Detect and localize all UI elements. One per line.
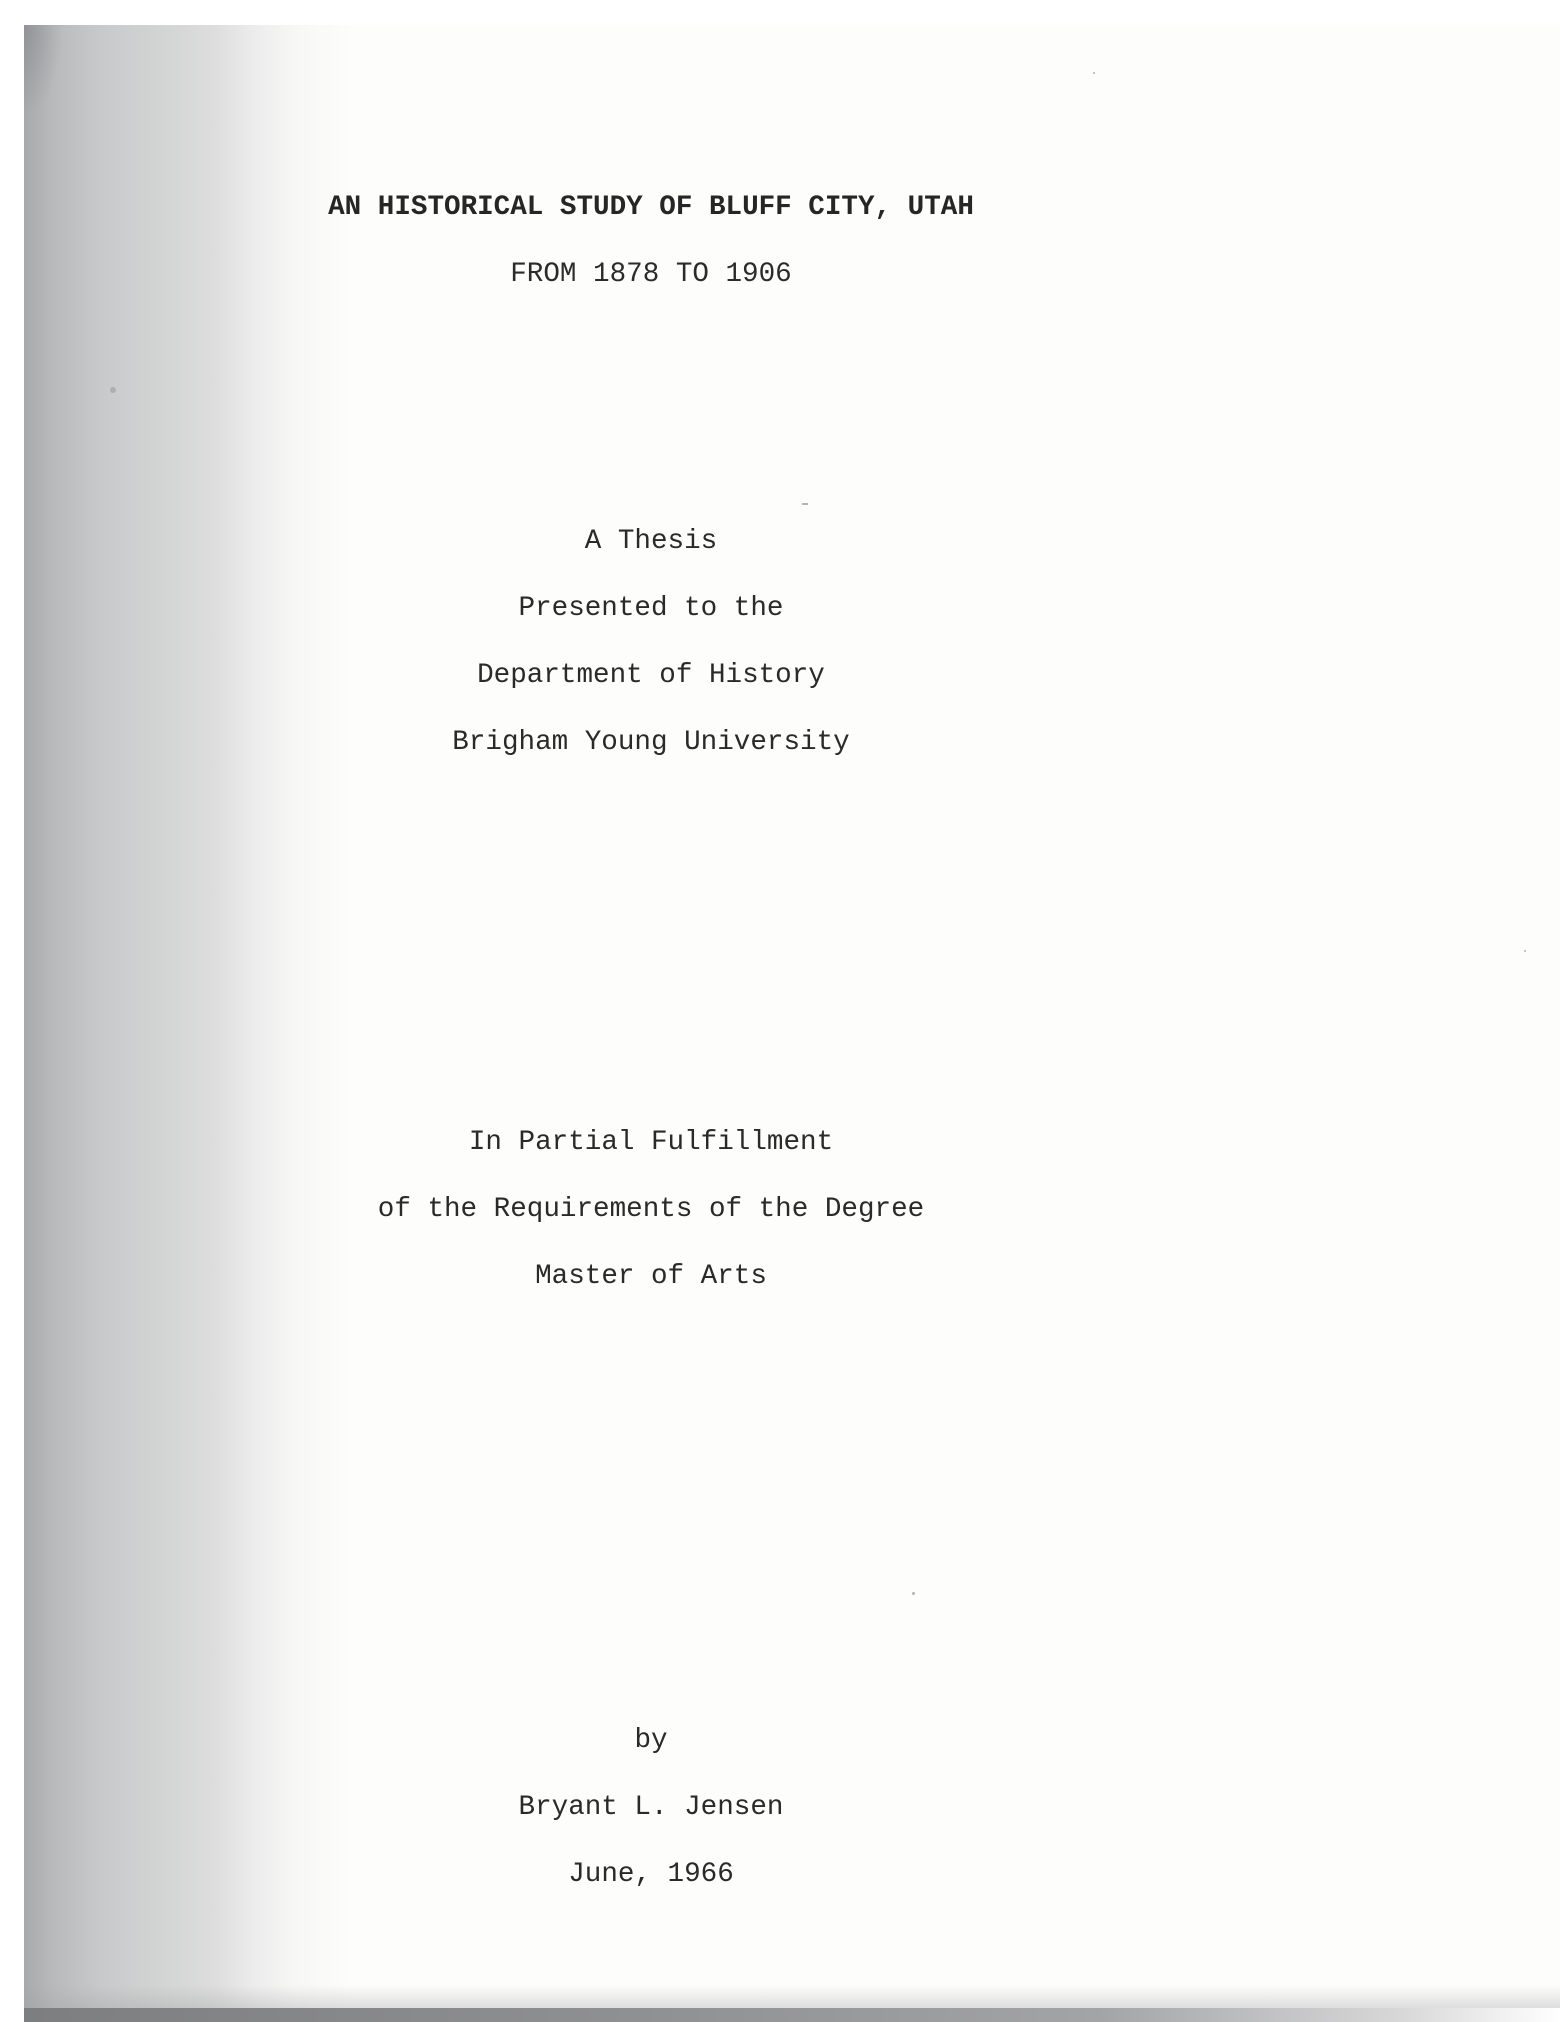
scan-speck xyxy=(802,503,808,505)
scan-speck xyxy=(1093,72,1095,74)
binding-shadow-corner xyxy=(24,25,64,115)
department-name: Department of History xyxy=(0,662,1302,690)
thesis-title-line-2: FROM 1878 TO 1906 xyxy=(0,261,1302,289)
presented-to-line: Presented to the xyxy=(0,595,1302,623)
scan-speck xyxy=(1524,950,1526,952)
fulfillment-line-1: In Partial Fulfillment xyxy=(0,1129,1302,1157)
thesis-title-line-1: AN HISTORICAL STUDY OF BLUFF CITY, UTAH xyxy=(0,194,1302,222)
scan-speck xyxy=(912,1592,915,1595)
fulfillment-line-2: of the Requirements of the Degree xyxy=(0,1196,1302,1224)
by-label: by xyxy=(0,1727,1302,1755)
submission-date: June, 1966 xyxy=(0,1861,1302,1889)
thesis-label: A Thesis xyxy=(0,528,1302,556)
bottom-scan-edge xyxy=(24,2008,1560,2022)
author-name: Bryant L. Jensen xyxy=(0,1794,1302,1822)
bottom-edge-fade xyxy=(24,1985,1560,2009)
scan-speck xyxy=(110,387,116,393)
degree-name: Master of Arts xyxy=(0,1263,1302,1291)
scanned-page xyxy=(24,25,1560,2022)
university-name: Brigham Young University xyxy=(0,729,1302,757)
